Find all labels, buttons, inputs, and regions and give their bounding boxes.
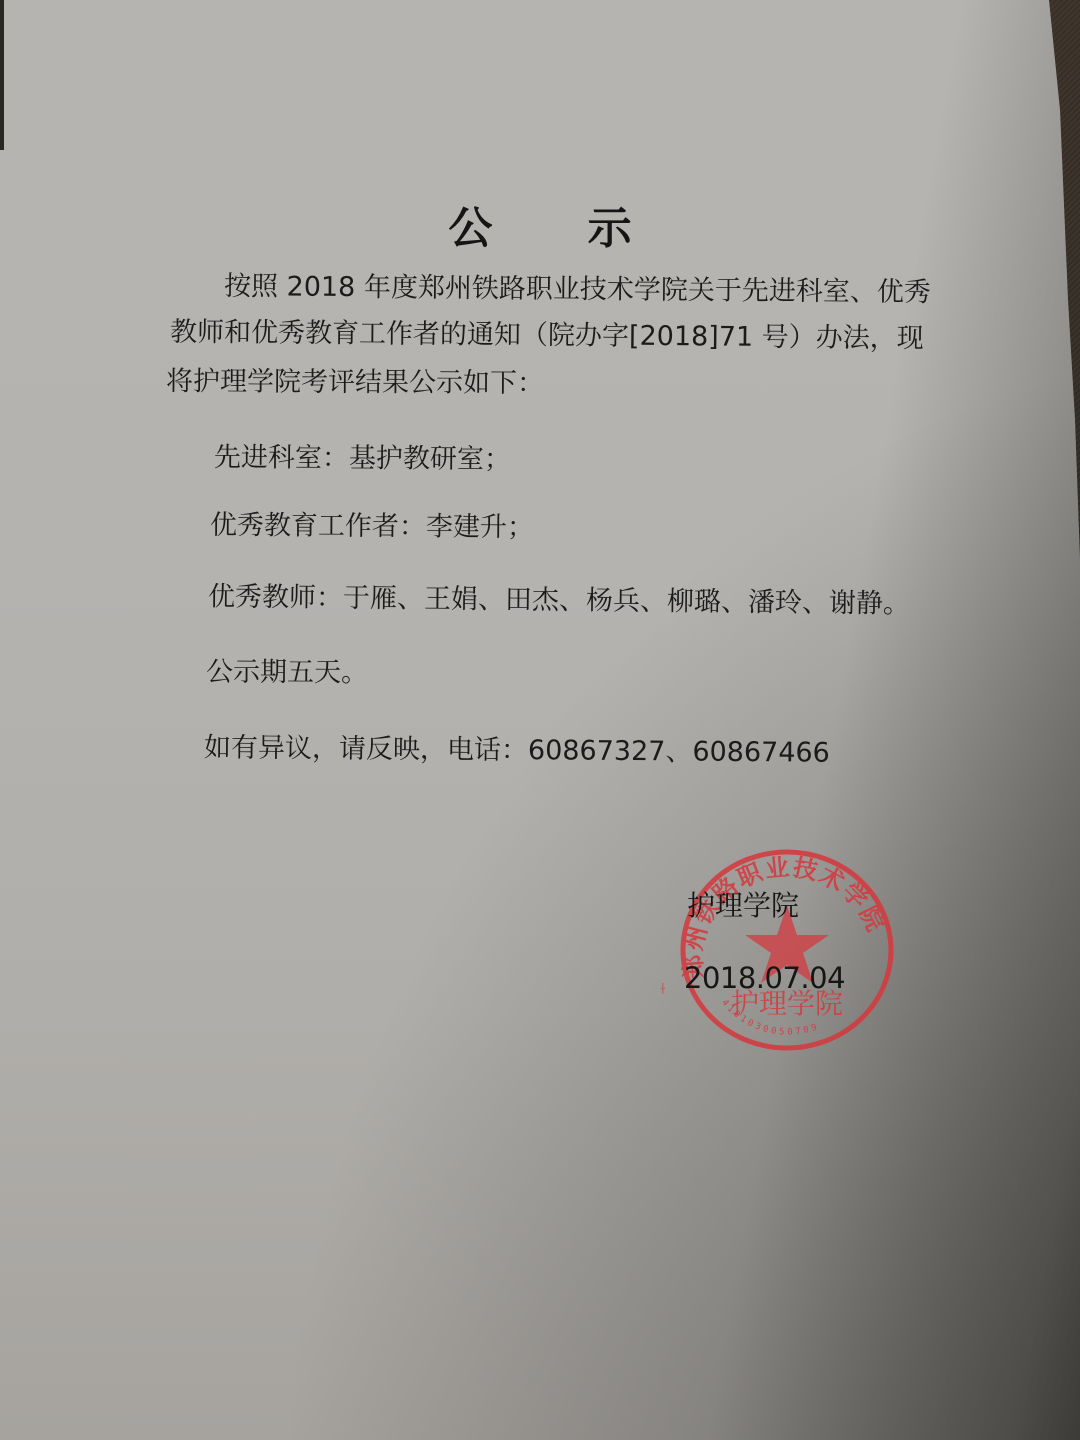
advanced-department-label: 先进科室： [214, 442, 349, 474]
official-seal: 郑州铁路职业技术学院 护理学院 4101030050709 [678, 847, 896, 1053]
document-title: 公 示 [0, 192, 1080, 256]
outstanding-worker-label: 优秀教育工作者： [210, 510, 426, 543]
signature-date: 2018.07.04 [684, 961, 845, 995]
contact-phones: 60867327、60867466 [528, 735, 830, 769]
outstanding-worker-value: 李建升； [426, 511, 534, 543]
intro-line-2: 教师和优秀教育工作者的通知（院办字[2018]71 号）办法，现 [170, 310, 924, 363]
outstanding-worker-line: 优秀教育工作者：李建升； [210, 503, 534, 544]
outstanding-teachers-label: 优秀教师： [208, 581, 343, 613]
advanced-department-value: 基护教研室； [349, 443, 511, 475]
intro-line-3: 将护理学院考评结果公示如下： [166, 359, 544, 407]
seal-icon: 郑州铁路职业技术学院 护理学院 4101030050709 [678, 847, 896, 1053]
outstanding-teachers-line: 优秀教师：于雁、王娟、田杰、杨兵、柳璐、潘玲、谢静。 [208, 574, 910, 620]
advanced-department-line: 先进科室：基护教研室； [214, 435, 511, 476]
stray-red-mark: ɫ [660, 982, 666, 998]
contact-line: 如有异议，请反映，电话：60867327、60867466 [204, 725, 830, 769]
publicity-period: 公示期五天。 [206, 650, 368, 690]
outstanding-teachers-value: 于雁、王娟、田杰、杨兵、柳璐、潘玲、谢静。 [343, 583, 910, 620]
contact-label: 如有异议，请反映，电话： [204, 732, 528, 766]
signature-organization: 护理学院 [687, 884, 799, 924]
paper-left-edge [0, 0, 4, 150]
intro-line-1: 按照 2018 年度郑州铁路职业技术学院关于先进科室、优秀 [224, 264, 931, 316]
